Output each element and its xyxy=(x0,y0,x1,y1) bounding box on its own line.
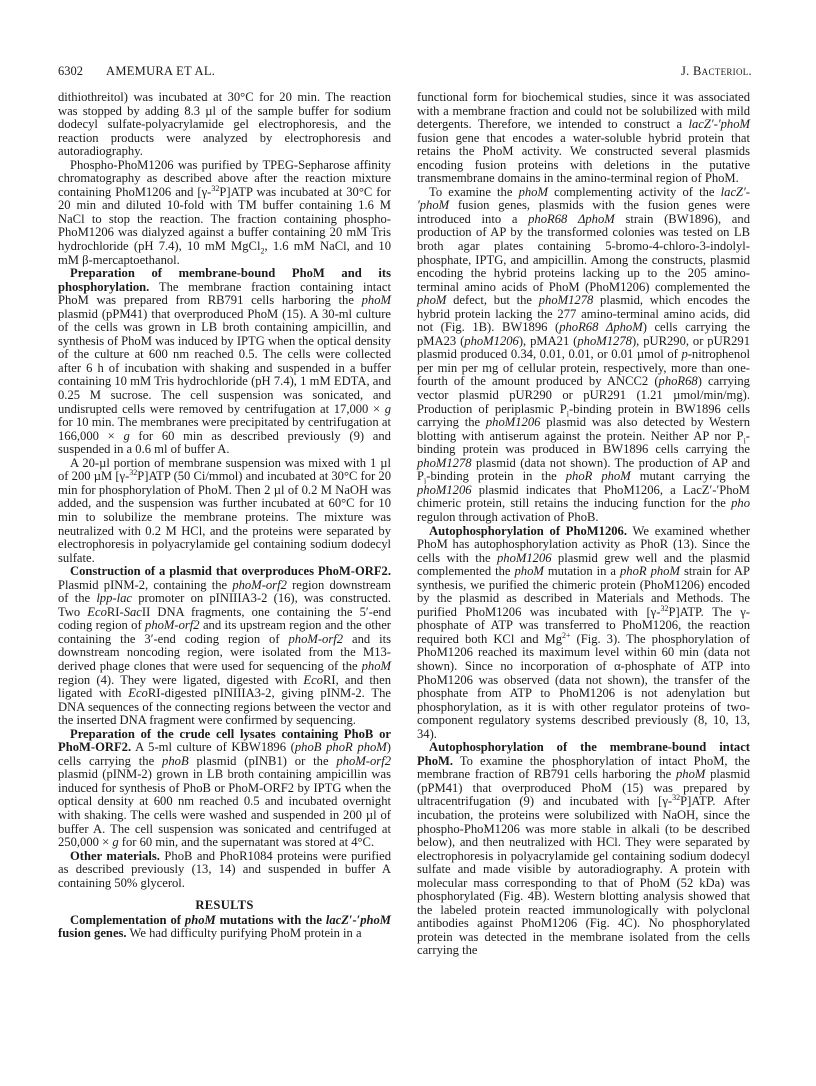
paragraph-autophosphorylation-phom1206: Autophosphorylation of PhoM1206. We exam… xyxy=(417,525,750,742)
paragraph: dithiothreitol) was incubated at 30°C fo… xyxy=(58,91,391,159)
run-in-heading: Construction of a plasmid that overprodu… xyxy=(70,564,391,578)
left-column: dithiothreitol) was incubated at 30°C fo… xyxy=(58,91,391,941)
section-heading-results: RESULTS xyxy=(58,899,391,913)
paragraph: functional form for biochemical studies,… xyxy=(417,91,750,186)
paragraph-crude-lysates: Preparation of the crude cell lysates co… xyxy=(58,728,391,850)
paragraph-plasmid-construction: Construction of a plasmid that overprodu… xyxy=(58,565,391,728)
journal-name: J. Bacteriol. xyxy=(681,64,752,79)
paragraph-complementation: Complementation of phoM mutations with t… xyxy=(58,914,391,941)
run-in-heading: Other materials. xyxy=(70,849,160,863)
run-in-heading: Autophosphorylation of PhoM1206. xyxy=(429,524,627,538)
paragraph-other-materials: Other materials. PhoB and PhoR1084 prote… xyxy=(58,850,391,891)
right-column: functional form for biochemical studies,… xyxy=(417,91,750,958)
paragraph-membrane-prep: Preparation of membrane-bound PhoM and i… xyxy=(58,267,391,457)
page-number: 6302 xyxy=(58,64,83,79)
paragraph: Phospho-PhoM1206 was purified by TPEG-Se… xyxy=(58,159,391,267)
paragraph-autophosphorylation-intact-phom: Autophosphorylation of the membrane-boun… xyxy=(417,741,750,958)
paragraph: A 20-µl portion of membrane suspension w… xyxy=(58,457,391,565)
page-header: 6302 AMEMURA ET AL. J. Bacteriol. xyxy=(58,64,752,80)
paragraph-complementation-activity: To examine the phoM complementing activi… xyxy=(417,186,750,525)
running-authors: AMEMURA ET AL. xyxy=(106,64,215,79)
